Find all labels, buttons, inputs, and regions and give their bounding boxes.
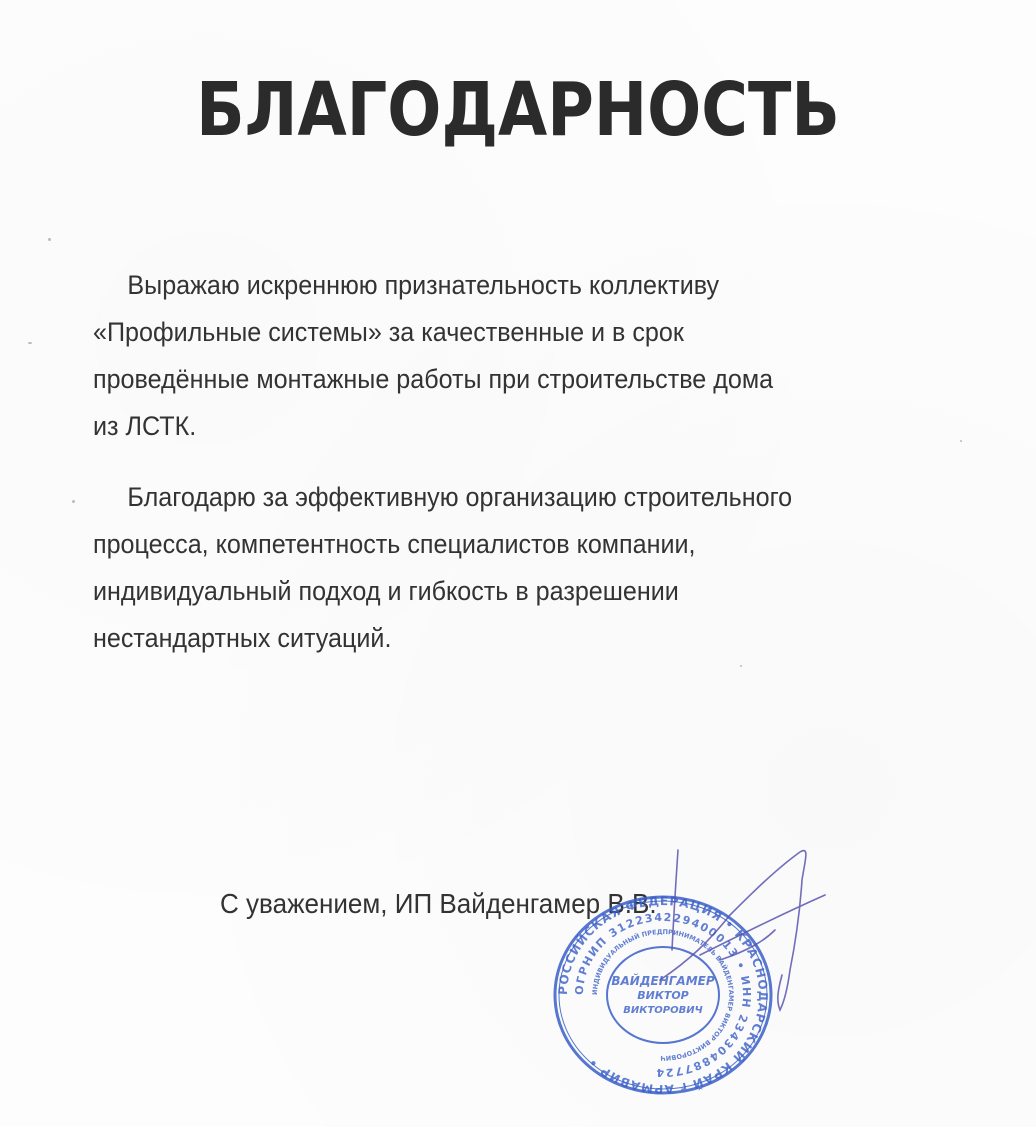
text-line: нестандартных ситуаций. bbox=[93, 615, 902, 662]
scanned-letter-page: БЛАГОДАРНОСТЬ Выражаю искреннюю признате… bbox=[0, 0, 1036, 1127]
text-line: проведённые монтажные работы при строите… bbox=[93, 356, 902, 403]
scan-speck bbox=[72, 500, 75, 503]
text-line: Выражаю искреннюю признательность коллек… bbox=[93, 262, 902, 309]
letter-title: БЛАГОДАРНОСТЬ bbox=[73, 60, 964, 160]
scan-speck bbox=[740, 665, 742, 667]
stamp-center-line-3: ВИКТОРОВИЧ bbox=[623, 1005, 702, 1016]
text-line: из ЛСТК. bbox=[93, 403, 902, 450]
scan-speck bbox=[28, 342, 32, 344]
company-seal-stamp: РОССИЙСКАЯ ФЕДЕРАЦИЯ • КРАСНОДАРСКИЙ КРА… bbox=[548, 895, 778, 1095]
text-line: процесса, компетентность специалистов ко… bbox=[93, 521, 902, 568]
scan-speck bbox=[48, 238, 51, 241]
scan-speck bbox=[960, 440, 962, 442]
paragraph-thanks: Благодарю за эффективную организацию стр… bbox=[93, 474, 902, 662]
stamp-center-line-2: ВИКТОР bbox=[637, 989, 689, 1002]
paragraph-gratitude: Выражаю искреннюю признательность коллек… bbox=[93, 262, 902, 450]
text-line: индивидуальный подход и гибкость в разре… bbox=[93, 568, 902, 615]
stamp-center-line-1: ВАЙДЕНГАМЕР bbox=[611, 973, 714, 988]
text-line: Благодарю за эффективную организацию стр… bbox=[93, 474, 902, 521]
text-line: «Профильные системы» за качественные и в… bbox=[93, 309, 902, 356]
